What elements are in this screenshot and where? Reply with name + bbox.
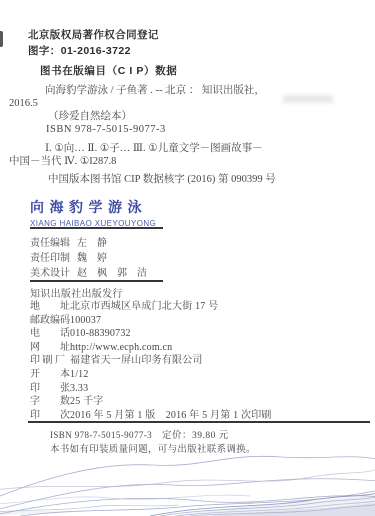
wave-decoration (0, 452, 375, 516)
publication-value: 3.33 (70, 383, 88, 394)
staff-role-label: 责任编辑 (30, 236, 70, 251)
title-underline (30, 227, 163, 229)
publication-label: 字 数 (30, 395, 70, 409)
publication-label: 开 本 (30, 368, 70, 382)
footer-divider (28, 421, 370, 423)
cip-series-note: （珍爱自然绘本） (9, 110, 349, 123)
staff-row: 责任编辑左 静 (30, 236, 147, 251)
registration-block: 北京版权局著作权合同登记 图字：01-2016-3722 (28, 27, 159, 59)
publication-value: 1/12 (70, 369, 89, 380)
footer-price: 定价：39.80 元 (162, 431, 229, 441)
publication-row: 印 刷 厂福建省天一屏山印务有限公司 (30, 354, 272, 368)
scan-edge-mark (0, 31, 3, 47)
cip-record-number: 中国版本图书馆 CIP 数据核字 (2016) 第 090399 号 (9, 173, 349, 186)
staff-name: 魏 婷 (77, 253, 107, 264)
publication-row: 开 本1/12 (30, 368, 272, 382)
publication-value: 25 千字 (70, 396, 104, 407)
cip-entry-line2: 2016.5 (9, 97, 349, 110)
publication-value: 福建省天一屏山印务有限公司 (70, 355, 203, 366)
publication-row: 地 址北京市西城区阜成门北大街 17 号 (30, 300, 272, 314)
publication-label: 地 址 (30, 300, 70, 314)
book-title-block: 向海豹学游泳 XIANG HAIBAO XUEYOUYONG (30, 197, 210, 228)
staff-name: 赵 枫 郭 洁 (77, 268, 147, 279)
publisher-issuer-line: 知识出版社出版发行 (30, 285, 123, 300)
staff-row: 美术设计赵 枫 郭 洁 (30, 266, 147, 281)
cip-heading: 图书在版编目（C I P）数据 (40, 63, 177, 78)
staff-role-label: 责任印制 (30, 251, 70, 266)
cip-entry-line1: 向海豹学游泳 / 子鱼著 . -- 北京 ： 知识出版社， (9, 84, 349, 97)
staff-credits-block: 责任编辑左 静 责任印制魏 婷 美术设计赵 枫 郭 洁 (30, 236, 147, 281)
book-title: 向海豹学游泳 (30, 197, 210, 217)
publication-label: 网 址 (30, 341, 70, 355)
copyright-page: 北京版权局著作权合同登记 图字：01-2016-3722 图书在版编目（C I … (0, 0, 375, 516)
publication-label: 印 刷 厂 (30, 354, 70, 368)
publication-value: 2016 年 5 月第 1 版 2016 年 5 月第 1 次印刷 (70, 410, 272, 421)
publication-value: 北京市西城区阜成门北大街 17 号 (70, 301, 218, 312)
staff-row: 责任印制魏 婷 (30, 251, 147, 266)
publication-row: 电 话010-88390732 (30, 327, 272, 341)
publication-details-block: 地 址北京市西城区阜成门北大街 17 号 邮政编码100037 电 话010-8… (30, 300, 272, 422)
publication-row: 印 张3.33 (30, 382, 272, 396)
footer-isbn: ISBN 978-7-5015-9077-3 (50, 430, 152, 440)
footer-isbn-line: ISBN 978-7-5015-9077-3定价：39.80 元 (50, 427, 229, 441)
publication-value: 010-88390732 (70, 328, 131, 339)
staff-name: 左 静 (77, 238, 107, 249)
publication-row: 网 址http://www.ecph.com.cn (30, 341, 272, 355)
cip-class-line2: 中国－当代 Ⅳ. ①I287.8 (9, 155, 349, 168)
publication-label: 电 话 (30, 327, 70, 341)
registration-line: 北京版权局著作权合同登记 (28, 27, 159, 43)
publication-label: 邮政编码 (30, 314, 70, 328)
cip-isbn-line: ISBN 978-7-5015-9077-3 (9, 123, 349, 136)
publication-label: 印 张 (30, 382, 70, 396)
publication-row: 字 数25 千字 (30, 395, 272, 409)
section-divider (30, 280, 163, 282)
publication-value: 100037 (70, 315, 101, 326)
publication-row: 邮政编码100037 (30, 314, 272, 328)
cip-class-line1: Ⅰ. ①向… Ⅱ. ①子… Ⅲ. ①儿童文学－图画故事－ (9, 142, 349, 155)
staff-role-label: 美术设计 (30, 266, 70, 281)
publication-value: http://www.ecph.com.cn (70, 342, 172, 353)
registration-number: 图字：01-2016-3722 (28, 43, 159, 59)
cip-record-block: 向海豹学游泳 / 子鱼著 . -- 北京 ： 知识出版社， 2016.5 （珍爱… (9, 84, 349, 186)
